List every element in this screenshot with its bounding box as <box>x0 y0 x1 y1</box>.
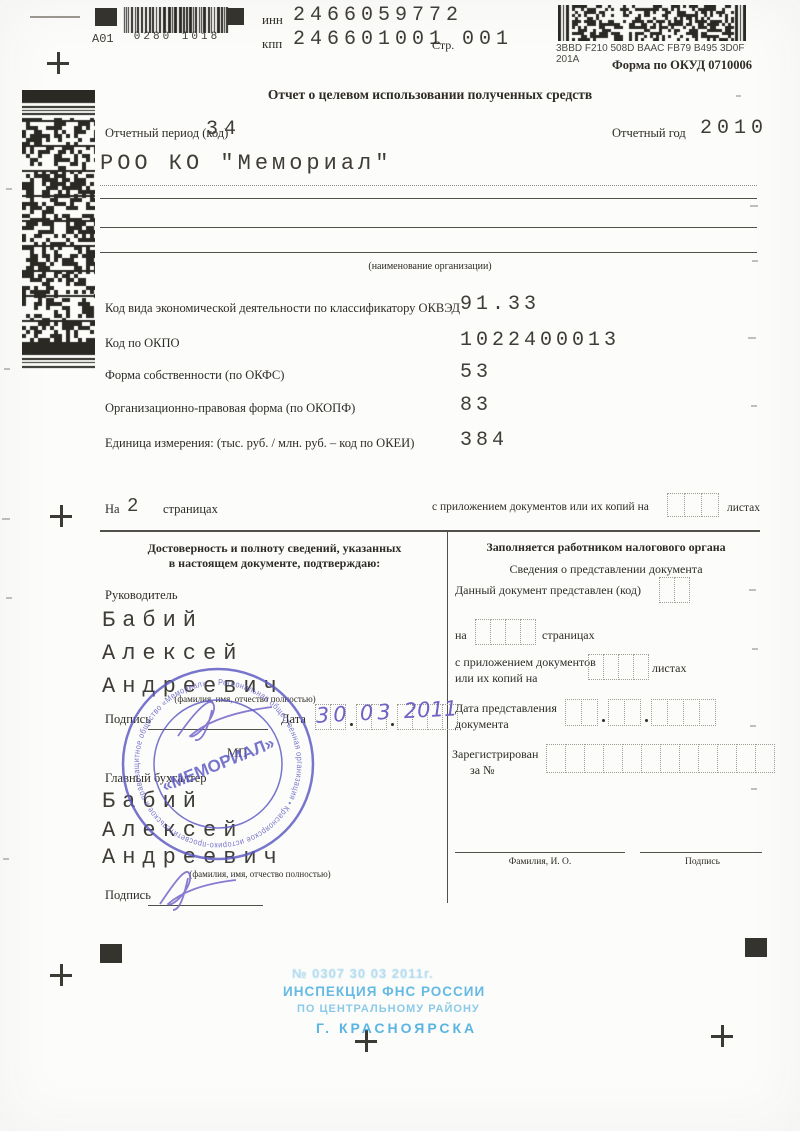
tax-stamp-inspection-line: ИНСПЕКЦИЯ ФНС РОССИИ <box>283 984 485 999</box>
report-year-label: Отчетный год <box>612 126 686 141</box>
registration-square-icon <box>227 8 244 25</box>
handwritten-year: 2011 <box>403 696 458 723</box>
submitted-code-cells <box>660 577 690 603</box>
official-subheading: Сведения о представлении документа <box>450 562 762 577</box>
accountant-signature <box>152 862 252 914</box>
pages-count: 2 <box>127 495 138 517</box>
scanned-tax-form-page: 0280 1018 А01 инн 2466059772 кпп 2466010… <box>0 0 800 1131</box>
crop-cross-icon <box>711 1025 733 1047</box>
scan-tick <box>750 205 758 207</box>
okei-value: 384 <box>460 429 508 452</box>
pages-word: страницах <box>542 628 595 643</box>
registered-label1: Зарегистрирован <box>452 747 538 762</box>
okfs-label: Форма собственности (по ОКФС) <box>105 368 284 383</box>
okud-form-label: Форма по ОКУД 0710006 <box>612 58 752 73</box>
scan-tick <box>2 518 10 520</box>
scan-tick <box>6 597 12 599</box>
crop-cross-icon <box>50 964 72 986</box>
sheets-word: листах <box>727 502 760 514</box>
report-period-value: 34 <box>206 118 242 141</box>
section-top-border <box>100 530 760 532</box>
page-number-value: 001 <box>462 28 513 51</box>
okei-label: Единица измерения: (тыс. руб. / млн. руб… <box>105 436 414 451</box>
scan-tick <box>750 725 756 727</box>
sheets-word: листах <box>652 661 686 676</box>
scan-tick <box>751 788 757 790</box>
scan-tick <box>4 368 10 370</box>
handwritten-day: 30 <box>315 702 351 728</box>
stamp-center-text: «МЕМОРИАЛ» <box>159 733 277 795</box>
pages-word: страницах <box>163 502 218 517</box>
official-attach-line2: или их копий на <box>455 671 538 686</box>
official-attach-line1: с приложением документов <box>455 655 596 670</box>
submitted-label: Данный документ представлен (код) <box>455 583 641 598</box>
signature-label: Подпись <box>105 888 151 903</box>
barcode-digits: 0280 1018 <box>123 31 231 43</box>
writing-line <box>100 198 757 199</box>
official-signature-caption: Подпись <box>655 857 750 867</box>
scan-tick <box>749 589 756 591</box>
report-year-value: 2010 <box>700 117 768 140</box>
barcode-1d <box>123 7 231 33</box>
registration-square-icon <box>95 8 117 26</box>
on-label: На <box>105 502 120 517</box>
scan-tick <box>736 95 741 97</box>
scan-tick <box>3 858 9 860</box>
scan-tick <box>748 337 756 339</box>
form-sheet-code: А01 <box>92 32 114 46</box>
inn-value: 2466059772 <box>293 4 463 27</box>
barcode-2d-datamatrix <box>558 5 746 41</box>
round-organization-stamp: Региональная общественная организация • … <box>118 664 318 864</box>
kpp-value: 246601001 <box>293 28 446 51</box>
organization-name: РОО КО "Мемориал" <box>100 151 392 176</box>
writing-line <box>100 252 757 253</box>
attachments-label: с приложением документов или их копий на <box>432 501 649 513</box>
document-title: Отчет о целевом использовании полученных… <box>100 87 760 103</box>
okopf-label: Организационно-правовая форма (по ОКОПФ) <box>105 401 355 416</box>
submission-date-cells <box>566 699 716 726</box>
tax-stamp-district-line: ПО ЦЕНТРАЛЬНОМУ РАЙОНУ <box>297 1003 480 1015</box>
head-firstname: Алексей <box>102 641 243 666</box>
scan-tick <box>6 188 12 190</box>
submission-date-label2: документа <box>455 717 509 732</box>
crop-cross-icon <box>50 505 72 527</box>
dotted-writing-line <box>100 185 757 186</box>
okved-value: 91.33 <box>460 293 540 316</box>
scan-tick <box>752 648 758 650</box>
registration-square-icon <box>745 938 767 957</box>
official-name-caption: Фамилия, И. О. <box>460 857 620 867</box>
organization-caption: (наименование организации) <box>100 261 760 272</box>
handwritten-month: 03 <box>359 700 395 726</box>
tax-stamp-city-line: Г. КРАСНОЯРСКА <box>316 1020 477 1036</box>
scan-tick <box>751 405 757 407</box>
page-number-label: Стр. <box>432 38 454 53</box>
attachment-sheets-cells <box>668 493 719 517</box>
confirm-heading-line2: в настоящем документе, подтверждаю: <box>102 556 447 571</box>
registration-square-icon <box>100 944 122 963</box>
official-heading: Заполняется работником налогового органа <box>450 540 762 555</box>
okfs-value: 53 <box>460 361 492 384</box>
kpp-label: кпп <box>262 36 282 52</box>
official-signature-line <box>640 852 762 853</box>
head-surname: Бабий <box>102 608 203 633</box>
registered-label2: за № <box>470 763 495 778</box>
submission-date-label1: Дата представления <box>455 701 557 716</box>
on-label: на <box>455 628 467 643</box>
okved-label: Код вида экономической деятельности по к… <box>105 301 460 316</box>
official-sheets-cells <box>589 654 649 680</box>
registration-number-cells <box>547 744 775 773</box>
okpo-label: Код по ОКПО <box>105 336 180 351</box>
crop-cross-icon <box>47 52 69 74</box>
official-pages-cells <box>476 619 536 645</box>
scan-artifact-line <box>30 16 80 18</box>
writing-line <box>100 227 757 228</box>
tax-stamp-date-line: № 0307 30 03 2011г. <box>292 966 434 981</box>
inn-label: инн <box>262 12 283 28</box>
barcode-2d-stacked <box>22 90 95 372</box>
head-role-label: Руководитель <box>105 588 178 603</box>
confirm-heading-line1: Достоверность и полноту сведений, указан… <box>102 541 447 556</box>
scan-tick <box>752 260 758 262</box>
okopf-value: 83 <box>460 394 492 417</box>
okpo-value: 1022400013 <box>460 329 620 352</box>
official-name-line <box>455 852 625 853</box>
